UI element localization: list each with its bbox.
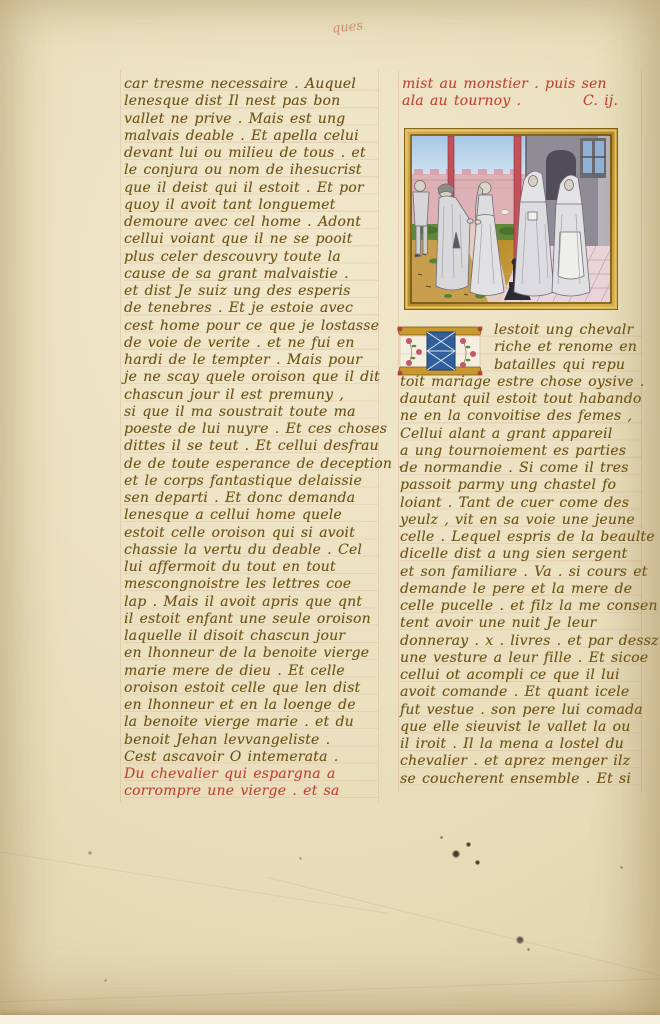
manuscript-text-line: il estoit enfant une seule oroison bbox=[124, 611, 378, 628]
manuscript-text-line: de voie de verite . et ne fui en bbox=[124, 335, 378, 352]
manuscript-text-line: chassie la vertu du deable . Cel bbox=[124, 542, 378, 559]
manuscript-text-line: fut vestue . son pere lui comada bbox=[400, 702, 642, 719]
manuscript-text-line: donneray . x . livres . et par dessz bbox=[400, 633, 642, 650]
right-column-body: lestoit ung chevalrriche et renome enbat… bbox=[400, 322, 642, 788]
manuscript-text-line: cause de sa grant malvaistie . bbox=[124, 266, 378, 283]
ink-stain bbox=[299, 857, 302, 860]
dove bbox=[501, 210, 509, 215]
manuscript-text-line: il iroit . Il la mena a lostel du bbox=[400, 736, 642, 753]
rubric-text-line: ala au tournoy . C. ij. bbox=[402, 93, 628, 110]
manuscript-text-line: de normandie . Si come il tres bbox=[400, 460, 642, 477]
manuscript-text-line: hardi de le tempter . Mais pour bbox=[124, 352, 378, 369]
manuscript-text-line: riche et renome en bbox=[400, 339, 642, 356]
manuscript-text-line: demoure avec cel home . Adont bbox=[124, 214, 378, 231]
manuscript-text-line: et le corps fantastique delaissie bbox=[124, 473, 378, 490]
manuscript-text-line: cellui ot acompli ce que il lui bbox=[400, 667, 642, 684]
manuscript-text-line: dautant quil estoit tout habando bbox=[400, 391, 642, 408]
manuscript-text-line: car tresme necessaire . Auquel bbox=[124, 76, 378, 93]
manuscript-text-line: passoit parmy ung chastel fo bbox=[400, 477, 642, 494]
manuscript-text-line: et son familiare . Va . si cours et bbox=[400, 564, 642, 581]
manuscript-page: ques car tresme necessaire . Auquellenes… bbox=[0, 0, 660, 1024]
manuscript-text-line: de de toute esperance de deception . bbox=[124, 456, 378, 473]
left-column-body: car tresme necessaire . Auquellenesque d… bbox=[124, 76, 378, 766]
parchment-crease bbox=[0, 978, 660, 1004]
manuscript-text-line: dittes il se teut . Et cellui desfrau bbox=[124, 438, 378, 455]
rubric-text-line: Du chevalier qui espargna a bbox=[124, 766, 378, 783]
manuscript-text-line: et dist Je suiz ung des esperis bbox=[124, 283, 378, 300]
manuscript-text-line: yeulz , vit en sa voie une jeune bbox=[400, 512, 642, 529]
manuscript-text-line: une vesture a leur fille . Et sicoe bbox=[400, 650, 642, 667]
manuscript-text-line: que il deist qui il estoit . Et por bbox=[124, 180, 378, 197]
manuscript-text-line: lap . Mais il avoit apris que qnt bbox=[124, 594, 378, 611]
chapter-number: C. ij. bbox=[583, 93, 628, 110]
manuscript-text-line: marie mere de dieu . Et celle bbox=[124, 663, 378, 680]
parchment-crease bbox=[0, 847, 388, 915]
manuscript-text-line: toit mariage estre chose oysive . bbox=[400, 374, 642, 391]
manuscript-text-line: cellui voiant que il ne se pooit bbox=[124, 231, 378, 248]
page-bottom-edge bbox=[0, 1015, 660, 1024]
manuscript-text-line: cest home pour ce que je lostasse bbox=[124, 318, 378, 335]
manuscript-text-line: ne en la convoitise des femes , bbox=[400, 408, 642, 425]
manuscript-text-line: celle pucelle . et filz la me consen bbox=[400, 598, 642, 615]
manuscript-text-line: chevalier . et aprez menger ilz bbox=[400, 753, 642, 770]
manuscript-text-line: en lhonneur et en la loenge de bbox=[124, 697, 378, 714]
ink-stain bbox=[620, 866, 623, 869]
manuscript-text-line: que elle sieuvist le vallet la ou bbox=[400, 719, 642, 736]
manuscript-text-line: sen departi . Et donc demanda bbox=[124, 490, 378, 507]
manuscript-text-line: plus celer descouvry toute la bbox=[124, 249, 378, 266]
manuscript-text-line: lestoit ung chevalr bbox=[400, 322, 642, 339]
manuscript-text-line: a ung tournoiement es parties bbox=[400, 443, 642, 460]
ink-stain bbox=[88, 851, 92, 855]
manuscript-text-line: lenesque dist Il nest pas bon bbox=[124, 93, 378, 110]
manuscript-text-line: lui affermoit du tout en tout bbox=[124, 559, 378, 576]
manuscript-text-line: si que il ma soustrait toute ma bbox=[124, 404, 378, 421]
manuscript-text-line: mescongnoistre les lettres coe bbox=[124, 576, 378, 593]
folio-inscription: ques bbox=[331, 18, 363, 36]
manuscript-text-line: laquelle il disoit chascun jour bbox=[124, 628, 378, 645]
manuscript-text-line: de tenebres . Et je estoie avec bbox=[124, 300, 378, 317]
ink-stain bbox=[527, 948, 530, 951]
pink-wall bbox=[412, 169, 528, 226]
manuscript-text-line: loiant . Tant de cuer come des bbox=[400, 495, 642, 512]
manuscript-text-line: chascun jour il est premuny , bbox=[124, 387, 378, 404]
rubric-text-line: corrompre une vierge . et sa bbox=[124, 783, 378, 800]
manuscript-text-line: dicelle dist a ung sien sergent bbox=[400, 546, 642, 563]
ink-stain bbox=[466, 842, 471, 847]
manuscript-text-line: oroison estoit celle que len dist bbox=[124, 680, 378, 697]
manuscript-text-line: se coucherent ensemble . Et si bbox=[400, 771, 642, 788]
left-text-column: car tresme necessaire . Auquellenesque d… bbox=[124, 76, 378, 801]
manuscript-text-line: devant lui ou milieu de tous . et bbox=[124, 145, 378, 162]
manuscript-text-line: Cest ascavoir O intemerata . bbox=[124, 749, 378, 766]
manuscript-text-line: tent avoir une nuit Je leur bbox=[400, 615, 642, 632]
rubric-text: ala au tournoy . bbox=[402, 93, 521, 110]
ink-stain bbox=[452, 850, 460, 858]
manuscript-text-line: je ne scay quele oroison que il dit bbox=[124, 369, 378, 386]
parchment-crease bbox=[266, 877, 660, 985]
ruling-line-vertical bbox=[398, 70, 399, 792]
miniature-painting bbox=[404, 128, 618, 310]
ruling-line-vertical bbox=[120, 70, 121, 802]
manuscript-text-line: batailles qui repu bbox=[400, 357, 642, 374]
manuscript-text-line: celle . Lequel espris de la beaulte bbox=[400, 529, 642, 546]
manuscript-text-line: vallet ne prive . Mais est ung bbox=[124, 111, 378, 128]
miniature-scene bbox=[412, 136, 610, 304]
ink-stain bbox=[440, 836, 443, 839]
right-column-rubric: mist au monstier . puis sen ala au tourn… bbox=[402, 76, 628, 111]
manuscript-text-line: la benoite vierge marie . et du bbox=[124, 714, 378, 731]
left-column-rubric: Du chevalier qui espargna acorrompre une… bbox=[124, 766, 378, 801]
ink-stain bbox=[104, 979, 107, 982]
window bbox=[580, 138, 606, 178]
right-text-column: lestoit ung chevalrriche et renome enbat… bbox=[400, 322, 642, 788]
manuscript-text-line: Cellui alant a grant appareil bbox=[400, 426, 642, 443]
manuscript-text-line: estoit celle oroison qui si avoit bbox=[124, 525, 378, 542]
manuscript-text-line: demande le pere et la mere de bbox=[400, 581, 642, 598]
manuscript-text-line: benoit Jehan levvangeliste . bbox=[124, 732, 378, 749]
manuscript-text-line: le conjura ou nom de ihesucrist bbox=[124, 162, 378, 179]
manuscript-text-line: en lhonneur de la benoite vierge bbox=[124, 645, 378, 662]
manuscript-text-line: quoy il avoit tant longuemet bbox=[124, 197, 378, 214]
manuscript-text-line: lenesque a cellui home quele bbox=[124, 507, 378, 524]
manuscript-text-line: avoit comande . Et quant icele bbox=[400, 684, 642, 701]
manuscript-text-line: poeste de lui nuyre . Et ces choses bbox=[124, 421, 378, 438]
rubric-text-line: mist au monstier . puis sen bbox=[402, 76, 628, 93]
ink-stain bbox=[475, 860, 480, 865]
manuscript-text-line: malvais deable . Et apella celui bbox=[124, 128, 378, 145]
